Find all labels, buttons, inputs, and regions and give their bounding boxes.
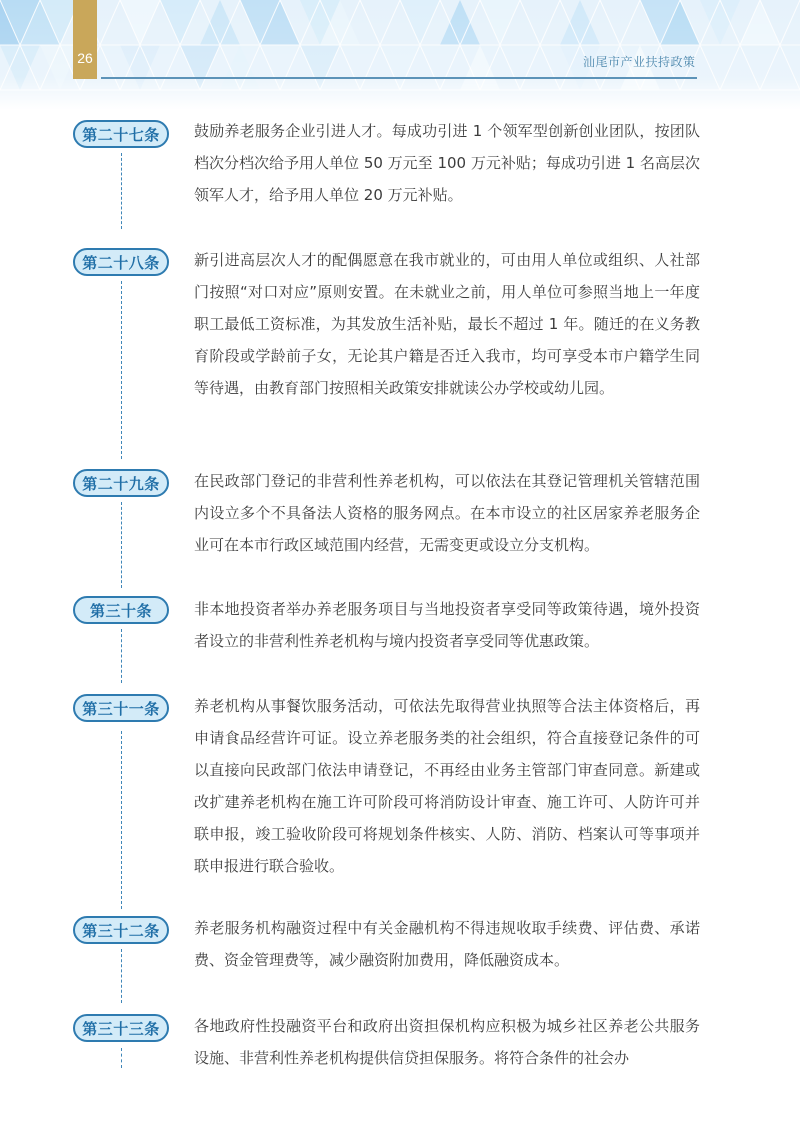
article-text: 新引进高层次人才的配偶愿意在我市就业的，可由用人单位或组织、人社部门按照“对口对… — [194, 244, 700, 404]
article-text: 各地政府性投融资平台和政府出资担保机构应积极为城乡社区养老公共服务设施、非营利性… — [194, 1010, 700, 1074]
header-divider — [101, 77, 697, 79]
article-badge: 第二十七条 — [73, 120, 169, 148]
article-text: 养老服务机构融资过程中有关金融机构不得违规收取手续费、评估费、承诺费、资金管理费… — [194, 912, 700, 976]
article-badge: 第三十一条 — [73, 694, 169, 722]
article-text: 非本地投资者举办养老服务项目与当地投资者享受同等政策待遇，境外投资者设立的非营利… — [194, 593, 700, 657]
document-title: 汕尾市产业扶持政策 — [583, 53, 696, 70]
dashed-connector — [121, 153, 122, 229]
article-badge: 第二十八条 — [73, 248, 169, 276]
dashed-connector — [121, 731, 122, 909]
page-number: 26 — [73, 50, 97, 66]
article-badge: 第三十三条 — [73, 1014, 169, 1042]
article-badge: 第三十二条 — [73, 916, 169, 944]
article-text: 鼓励养老服务企业引进人才。每成功引进 1 个领军型创新创业团队，按团队档次分档次… — [194, 115, 700, 211]
article-text: 养老机构从事餐饮服务活动，可依法先取得营业执照等合法主体资格后，再申请食品经营许… — [194, 690, 700, 882]
dashed-connector — [121, 949, 122, 1003]
article-badge: 第二十九条 — [73, 469, 169, 497]
dashed-connector — [121, 1048, 122, 1068]
page-number-tab — [73, 0, 97, 79]
article-text: 在民政部门登记的非营利性养老机构，可以依法在其登记管理机关管辖范围内设立多个不具… — [194, 465, 700, 561]
article-badge: 第三十条 — [73, 596, 169, 624]
dashed-connector — [121, 502, 122, 588]
dashed-connector — [121, 281, 122, 459]
dashed-connector — [121, 629, 122, 683]
